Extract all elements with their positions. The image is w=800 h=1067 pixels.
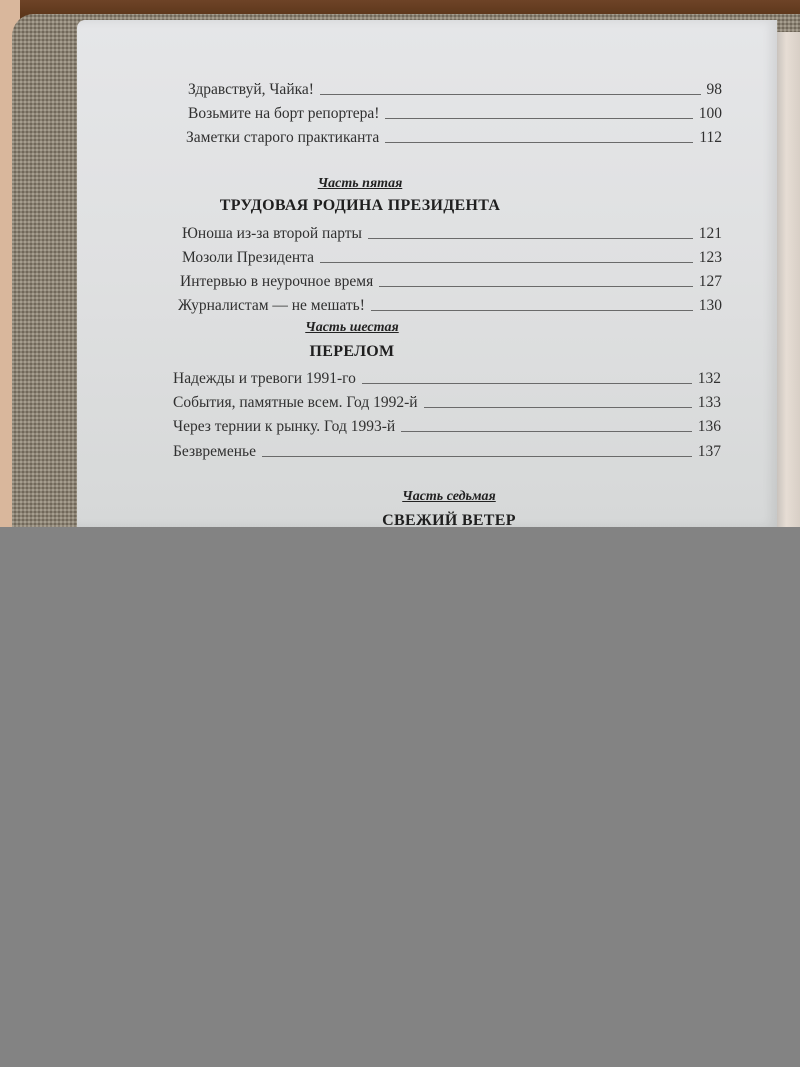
toc-entry: Безвременье 137 [173, 443, 721, 461]
dot-leader [368, 237, 693, 239]
part-label: Часть седьмая [49, 489, 800, 505]
part-title: СВЕЖИЙ ВЕТЕР [49, 512, 800, 527]
toc-entry: Мозоли Президента 123 [182, 249, 722, 267]
book-photo: Здравствуй, Чайка! 98 Возьмите на борт р… [0, 0, 800, 527]
part-label: Часть шестая [0, 320, 752, 336]
toc-entry: Здравствуй, Чайка! 98 [188, 81, 722, 99]
entry-title: Заметки старого практиканта [186, 129, 379, 147]
entry-title: Мозоли Президента [182, 249, 314, 267]
dot-leader [401, 430, 692, 432]
toc-entry: Возьмите на борт репортера! 100 [188, 105, 722, 123]
part-label: Часть пятая [0, 176, 760, 192]
toc-entry: Юноша из-за второй парты 121 [182, 225, 722, 243]
dot-leader [362, 382, 692, 384]
entry-title: Интервью в неурочное время [180, 273, 373, 291]
entry-title: События, памятные всем. Год 1992-й [173, 394, 418, 412]
toc-entry: События, памятные всем. Год 1992-й 133 [173, 394, 721, 412]
toc-entry: Заметки старого практиканта 112 [186, 129, 722, 147]
toc-entry: Надежды и тревоги 1991-го 132 [173, 370, 721, 388]
entry-page: 137 [698, 443, 721, 461]
dot-leader [262, 455, 692, 457]
dot-leader [320, 93, 701, 95]
entry-title: Журналистам — не мешать! [178, 297, 365, 315]
toc-entry: Журналистам — не мешать! 130 [178, 297, 722, 315]
entry-page: 132 [698, 370, 721, 388]
part-title: ТРУДОВАЯ РОДИНА ПРЕЗИДЕНТА [0, 197, 760, 215]
part-title: ПЕРЕЛОМ [0, 343, 752, 361]
entry-title: Возьмите на борт репортера! [188, 105, 379, 123]
dot-leader [385, 117, 692, 119]
gray-occluder [0, 527, 800, 1067]
entry-title: Безвременье [173, 443, 256, 461]
entry-page: 136 [698, 418, 721, 436]
toc-entry: Интервью в неурочное время 127 [180, 273, 722, 291]
entry-page: 112 [699, 129, 722, 147]
dot-leader [379, 285, 693, 287]
dot-leader [320, 261, 693, 263]
entry-page: 127 [699, 273, 722, 291]
entry-page: 100 [699, 105, 722, 123]
entry-page: 121 [699, 225, 722, 243]
toc-entry: Через тернии к рынку. Год 1993-й 136 [173, 418, 721, 436]
entry-title: Через тернии к рынку. Год 1993-й [173, 418, 395, 436]
dot-leader [371, 309, 693, 311]
entry-page: 98 [707, 81, 723, 99]
dot-leader [385, 141, 693, 143]
entry-page: 123 [699, 249, 722, 267]
entry-page: 130 [699, 297, 722, 315]
entry-title: Юноша из-за второй парты [182, 225, 362, 243]
entry-title: Здравствуй, Чайка! [188, 81, 314, 99]
table-of-contents: Здравствуй, Чайка! 98 Возьмите на борт р… [0, 0, 800, 527]
dot-leader [424, 406, 692, 408]
entry-page: 133 [698, 394, 721, 412]
entry-title: Надежды и тревоги 1991-го [173, 370, 356, 388]
